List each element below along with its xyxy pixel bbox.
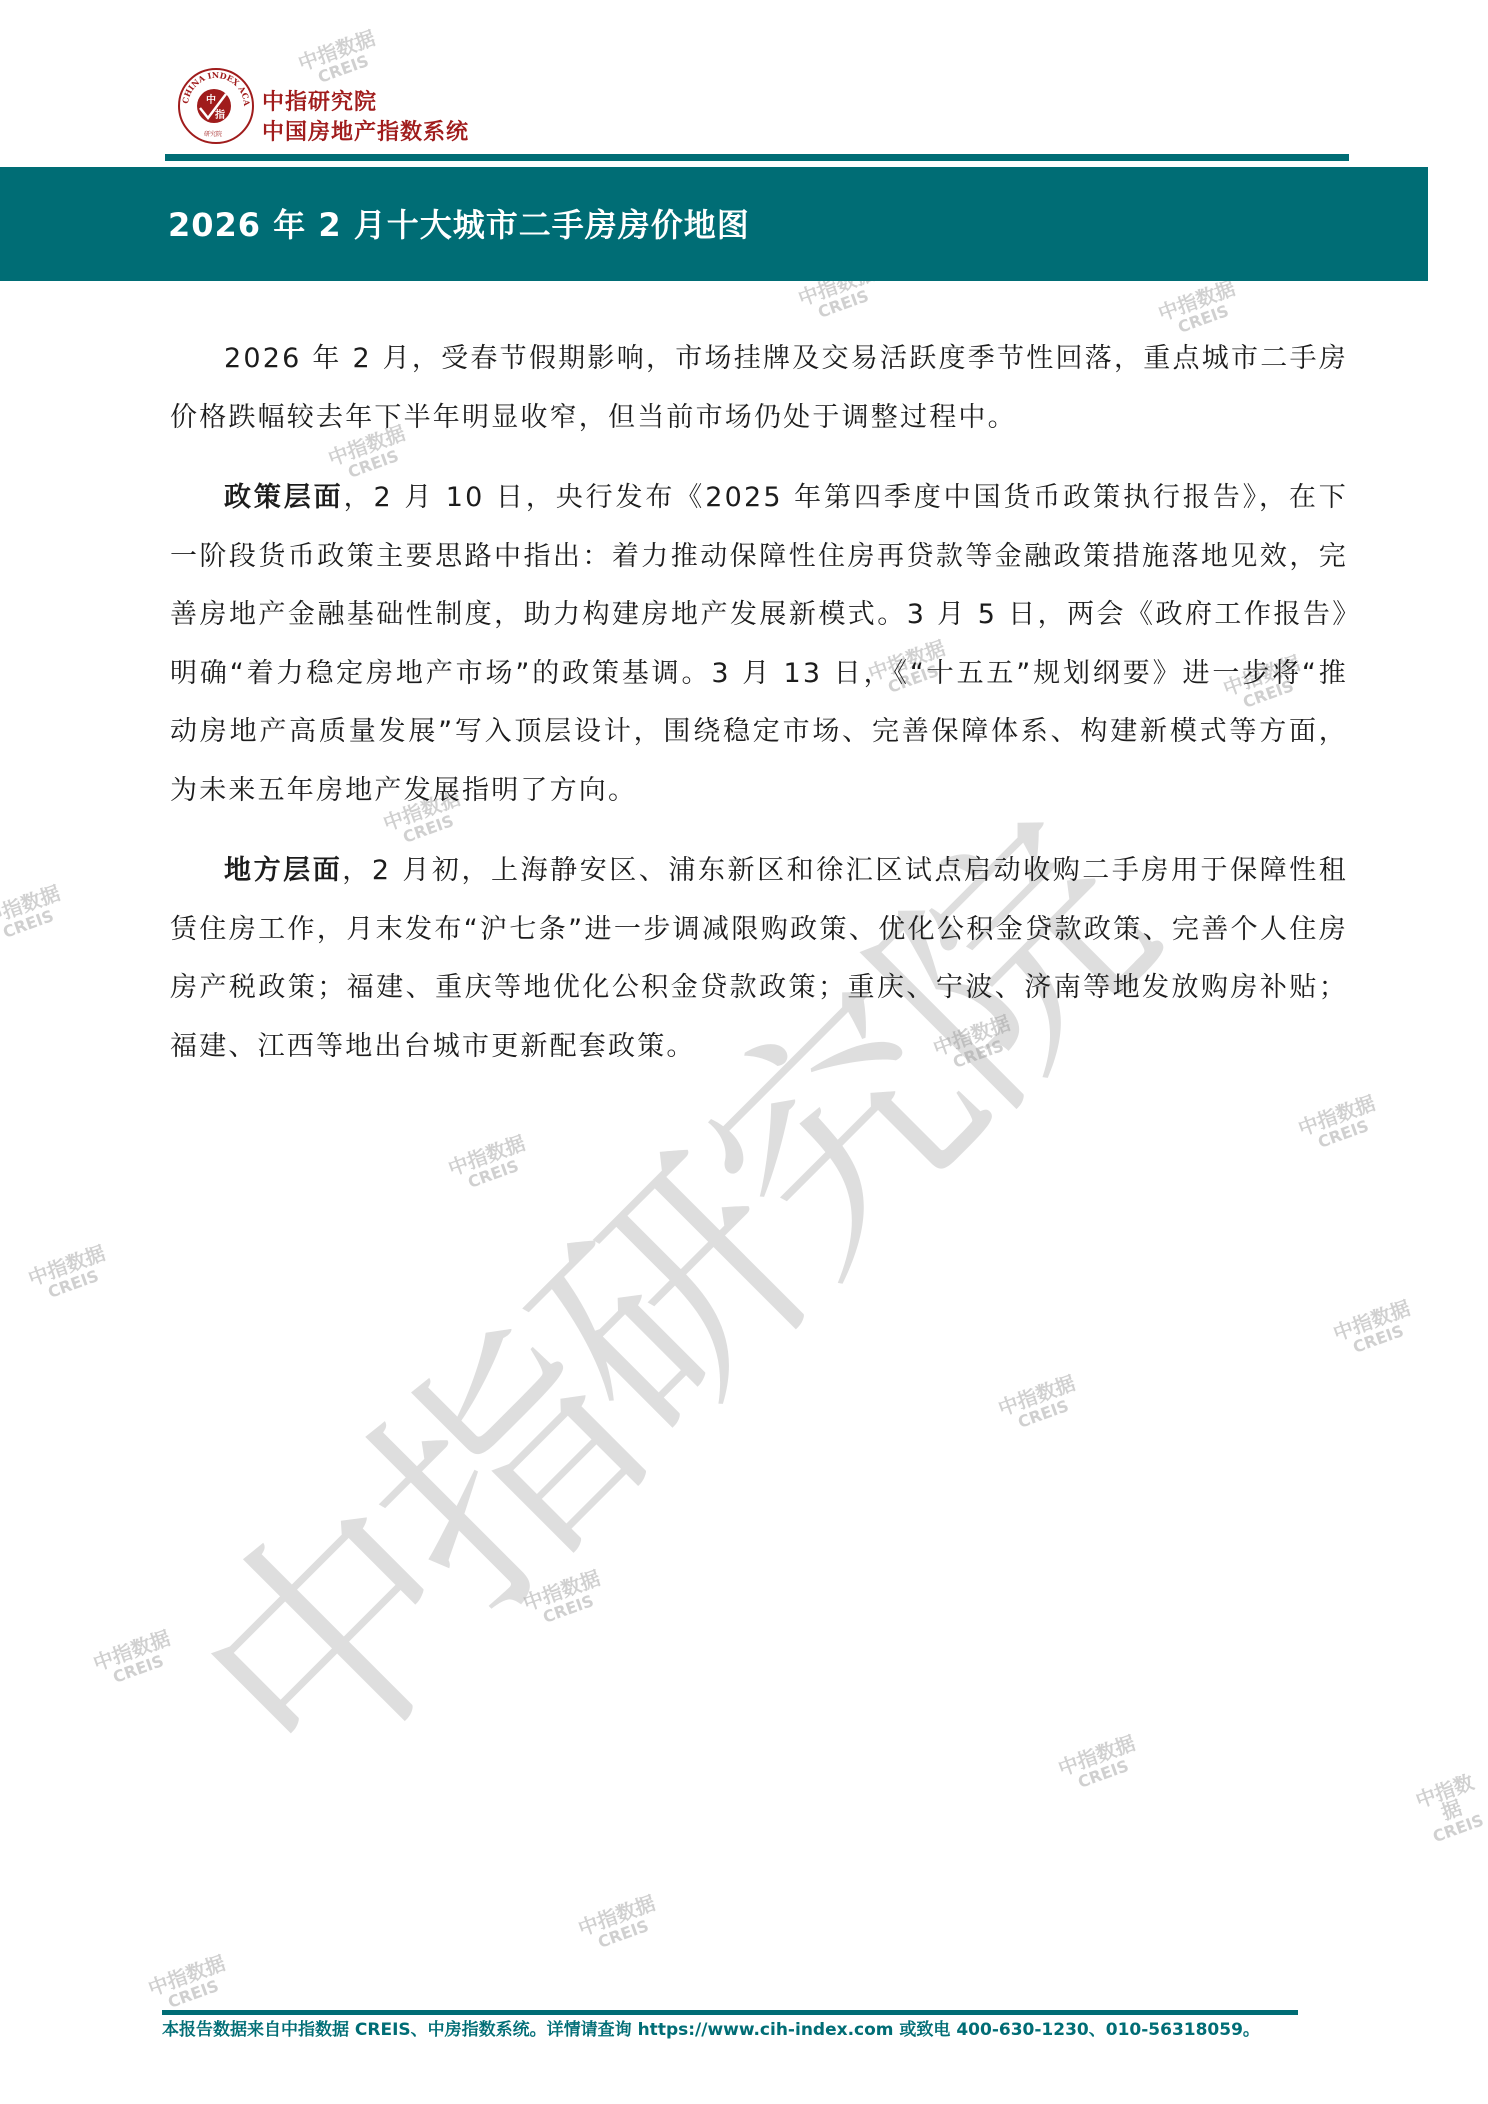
brand-line-2: 中国房地产指数系统 [262, 118, 469, 148]
paragraph-text: 2026 年 2 月，受春节假期影响，市场挂牌及交易活跃度季节性回落，重点城市二… [170, 343, 1348, 433]
watermark-small: 中指数据 CREIS [0, 883, 69, 948]
watermark-small: 中指数据 CREIS [146, 1953, 235, 2018]
watermark-small: 中指数据 CREIS [996, 1373, 1085, 1438]
paragraph-local: 地方层面，2 月初，上海静安区、浦东新区和徐汇区试点启动收购二手房用于保障性租赁… [170, 842, 1348, 1076]
paragraph-lead: 地方层面 [224, 855, 342, 886]
paragraph-policy: 政策层面，2 月 10 日，央行发布《2025 年第四季度中国货币政策执行报告》… [170, 469, 1348, 820]
report-body: 2026 年 2 月，受春节假期影响，市场挂牌及交易活跃度季节性回落，重点城市二… [170, 330, 1348, 1098]
academy-logo: CHINA INDEX ACADEMY 中 指 研究院 [176, 66, 256, 146]
svg-text:指: 指 [215, 108, 225, 121]
page-title: 2026 年 2 月十大城市二手房房价地图 [168, 203, 750, 247]
title-banner: 2026 年 2 月十大城市二手房房价地图 [0, 167, 1428, 281]
svg-text:研究院: 研究院 [204, 130, 222, 138]
watermark-small: 中指数据 CREIS [1056, 1733, 1145, 1798]
brand-line-1: 中指研究院 [262, 88, 469, 118]
paragraph-text: ，2 月初，上海静安区、浦东新区和徐汇区试点启动收购二手房用于保障性租赁住房工作… [170, 855, 1348, 1062]
brand-name: 中指研究院 中国房地产指数系统 [262, 88, 469, 148]
logo-seal-icon: CHINA INDEX ACADEMY 中 指 研究院 [176, 66, 256, 146]
watermark-small: 中指数据 CREIS [1331, 1298, 1420, 1363]
paragraph-intro: 2026 年 2 月，受春节假期影响，市场挂牌及交易活跃度季节性回落，重点城市二… [170, 330, 1348, 447]
svg-text:中: 中 [206, 93, 216, 106]
footer-divider [162, 2010, 1298, 2015]
watermark-small: 中指数据 CREIS [296, 28, 385, 93]
footer-source-note: 本报告数据来自中指数据 CREIS、中房指数系统。详情请查询 https://w… [162, 2018, 1260, 2042]
paragraph-text: ，2 月 10 日，央行发布《2025 年第四季度中国货币政策执行报告》，在下一… [170, 482, 1348, 806]
watermark-small: 中指数据 CREIS [1296, 1093, 1385, 1158]
header-divider [165, 154, 1349, 161]
watermark-small: 中指数据 CREIS [521, 1568, 610, 1633]
watermark-small: 中指数据 CREIS [576, 1893, 665, 1958]
watermark-small: 中指数据 CREIS [26, 1243, 115, 1308]
watermark-small: 中指数据 CREIS [1407, 1769, 1488, 1850]
paragraph-lead: 政策层面 [224, 482, 344, 513]
watermark-small: 中指数据 CREIS [446, 1133, 535, 1198]
watermark-small: 中指数据 CREIS [91, 1628, 180, 1693]
